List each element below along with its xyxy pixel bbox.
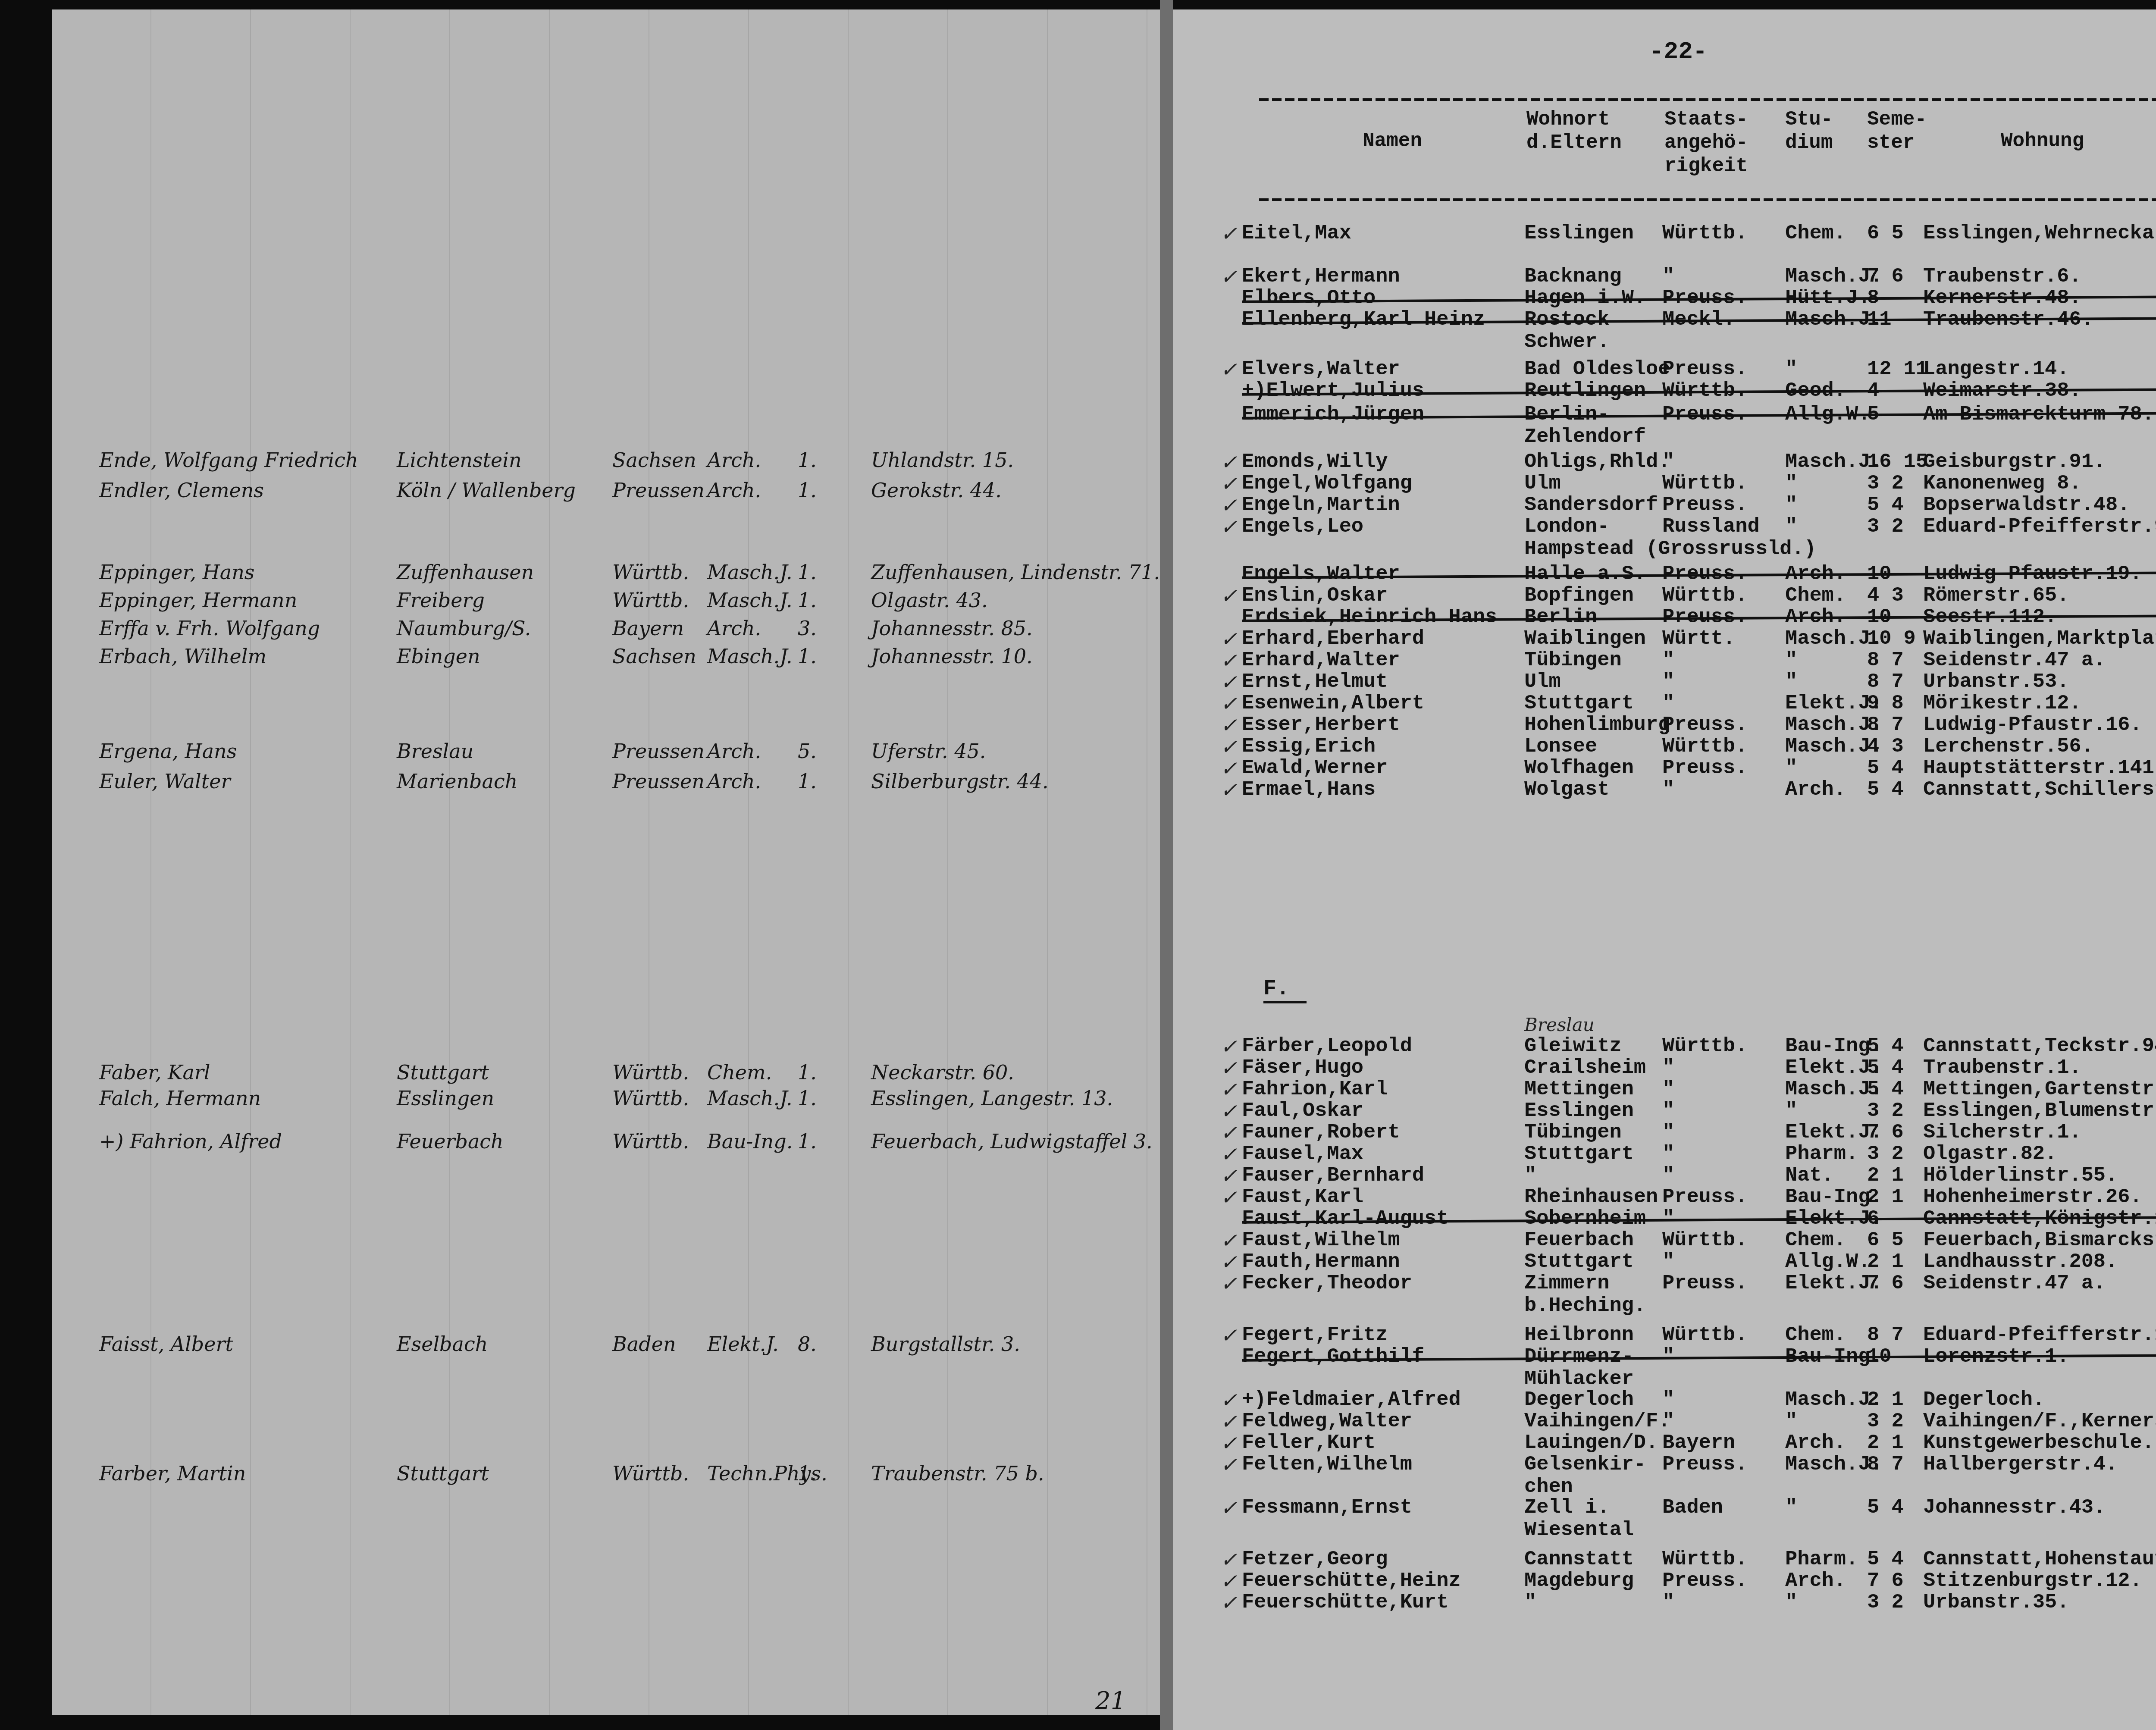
register-row: +)Elwert,JuliusReutlingenWürttb.Geod.4We… [0,379,2156,402]
check-mark-icon: ✓ [1220,1591,1237,1615]
cell-state: " [1662,451,1674,473]
cell-semester: 7 6 [1867,1121,1904,1144]
register-row: ✓Faust,WilhelmFeuerbachWürttb.Chem.6 5Fe… [0,1229,2156,1251]
cell-state: " [1662,265,1674,288]
cell-semester: 3 2 [1867,1143,1904,1166]
cell-semester: 5 4 [1867,1035,1904,1058]
cell-semester: 5 4 [1867,778,1904,801]
cell-home: Esslingen [1524,222,1634,245]
register-row: ✓Emonds,WillyOhligs,Rhld."Masch.J.16 15G… [0,451,2156,473]
cell-name: Elbers,Otto [1242,287,1376,310]
check-mark-icon: ✓ [1220,1186,1237,1210]
cell-state: " [1662,1164,1674,1187]
cell-address: Eduard-Pfeifferstr.91. [1923,515,2156,538]
cell-home: Cannstatt [1524,1548,1634,1571]
check-mark-icon: ✓ [1220,1164,1237,1188]
cell-address: Urbanstr.53. [1923,671,2069,693]
cell-home: Zimmern [1524,1272,1609,1295]
cell-study: Geod. [1785,379,1846,402]
right-page-number: -22- [1649,38,1707,66]
register-row: Faust,Karl-AugustSobernheim"Elekt.J.6Can… [0,1207,2156,1230]
cell-state: Preuss. [1662,563,1747,586]
check-mark-icon: ✓ [1220,1143,1237,1166]
cell-name: Elvers,Walter [1242,358,1400,381]
cell-semester: 5 4 [1867,494,1904,517]
cell-name: Fahrion,Karl [1242,1078,1388,1101]
cell-home: Stuttgart [1524,692,1634,715]
cell-study: " [1785,1410,1797,1433]
cell-home-continued: b.Heching. [1524,1294,1646,1317]
cell-name: Engels,Walter [1242,563,1400,586]
cell-name: Fessmann,Ernst [1242,1496,1412,1519]
register-row: ✓Elvers,WalterBad OldesloePreuss."12 11L… [0,358,2156,380]
cell-address: Cannstatt,Königstr.11. [1923,1207,2156,1230]
cell-address: Johannesstr.43. [1923,1496,2106,1519]
cell-semester: 4 3 [1867,735,1904,758]
check-mark-icon: ✓ [1220,494,1237,517]
cell-address: Hölderlinstr.55. [1923,1164,2118,1187]
check-mark-icon: ✓ [1220,714,1237,737]
cell-home: Bopfingen [1524,584,1634,607]
cell-home: Vaihingen/F. [1524,1410,1670,1433]
register-row: ✓Fahrion,KarlMettingen"Masch.J.5 4Mettin… [0,1078,2156,1100]
cell-semester: 5 4 [1867,1548,1904,1571]
cell-study: Allg.W. [1785,1250,1870,1273]
cell-state: Preuss. [1662,1453,1747,1476]
header-rule-top [1259,98,2156,101]
register-row: ✓Fetzer,GeorgCannstattWürttb.Pharm.5 4Ca… [0,1548,2156,1570]
cell-semester: 2 1 [1867,1164,1904,1187]
register-row: ✓Fessmann,ErnstZell i.Baden"5 4Johanness… [0,1496,2156,1519]
register-row: ✓Ermael,HansWolgast"Arch.5 4Cannstatt,Sc… [0,778,2156,801]
cell-home: Wolfhagen [1524,757,1634,780]
cell-home: Bad Oldesloe [1524,358,1670,381]
cell-home: Berlin- [1524,403,1609,426]
cell-study: " [1785,1100,1797,1122]
register-row: ✓+)Feldmaier,AlfredDegerloch"Masch.J.2 1… [0,1388,2156,1411]
cell-home: Stuttgart [1524,1143,1634,1166]
register-row: ✓Enslin,OskarBopfingenWürttb.Chem.4 3Röm… [0,584,2156,607]
cell-name: Ekert,Hermann [1242,265,1400,288]
cell-state: Württb. [1662,584,1747,607]
register-row: ✓Fecker,TheodorZimmernPreuss.Elekt.J.7 6… [0,1272,2156,1294]
cell-state: " [1662,1207,1674,1230]
cell-name: Fegert,Gotthilf [1242,1345,1424,1368]
register-row: ✓Felten,WilhelmGelsenkir-Preuss.Masch.J.… [0,1453,2156,1476]
cell-home: Rheinhausen [1524,1186,1658,1209]
cell-semester: 11 [1867,308,1891,331]
cell-name: Esenwein,Albert [1242,692,1424,715]
cell-state: Preuss. [1662,1570,1747,1592]
check-mark-icon: ✓ [1220,1250,1237,1274]
cell-name: Feuerschütte,Heinz [1242,1570,1461,1592]
col-header-address: Wohnung [2001,129,2084,153]
cell-state: Württb. [1662,379,1747,402]
cell-address: Kanonenweg 8. [1923,472,2081,495]
register-row: ✓Essig,ErichLonseeWürttb.Masch.J.4 3Lerc… [0,735,2156,758]
cell-home: Heilbronn [1524,1324,1634,1347]
cell-study: Arch. [1785,606,1846,629]
cell-address: Seidenstr.47 a. [1923,649,2106,672]
cell-home: Gelsenkir- [1524,1453,1646,1476]
cell-address: Ludwig-Pfaustr.16. [1923,714,2142,737]
check-mark-icon: ✓ [1220,778,1237,802]
cell-semester: 3 2 [1867,472,1904,495]
cell-semester: 5 4 [1867,1056,1904,1079]
cell-study: " [1785,494,1797,517]
cell-name: Faul,Oskar [1242,1100,1363,1122]
check-mark-icon: ✓ [1220,515,1237,539]
cell-semester: 8 7 [1867,671,1904,693]
cell-study: " [1785,515,1797,538]
cell-home: Dürrmenz- [1524,1345,1634,1368]
cell-home: Tübingen [1524,1121,1622,1144]
cell-state: Württb. [1662,1548,1747,1571]
check-mark-icon: ✓ [1220,1432,1237,1455]
cell-home: Tübingen [1524,649,1622,672]
cell-address: Traubenstr.1. [1923,1056,2081,1079]
cell-state: " [1662,1345,1674,1368]
cell-semester: 10 [1867,606,1891,629]
cell-home: Stuttgart [1524,1250,1634,1273]
cell-study: Chem. [1785,1229,1846,1252]
cell-state: " [1662,1591,1674,1614]
cell-name: Fäser,Hugo [1242,1056,1363,1079]
cell-address: Urbanstr.35. [1923,1591,2069,1614]
cell-home: " [1524,1591,1536,1614]
register-row: Emmerich,JürgenBerlin-Preuss.Allg.W.5Am … [0,403,2156,426]
cell-name: Engeln,Martin [1242,494,1400,517]
cell-home: Reutlingen [1524,379,1646,402]
cell-study: " [1785,757,1797,780]
cell-name: Färber,Leopold [1242,1035,1412,1058]
check-mark-icon: ✓ [1220,265,1237,289]
cell-name: Faust,Karl-August [1242,1207,1448,1230]
check-mark-icon: ✓ [1220,1324,1237,1348]
cell-address: Langestr.14. [1923,358,2069,381]
check-mark-icon: ✓ [1220,627,1237,651]
check-mark-icon: ✓ [1220,472,1237,496]
cell-home: Zell i. [1524,1496,1609,1519]
cell-semester: 2 1 [1867,1186,1904,1209]
check-mark-icon: ✓ [1220,1496,1237,1520]
cell-address: Am Bismarckturm 78. [1923,403,2154,426]
cell-state: Preuss. [1662,287,1747,310]
cell-name: +)Elwert,Julius [1242,379,1424,402]
cell-home: " [1524,1164,1536,1187]
register-row: ✓Esser,HerbertHohenlimburgPreuss.Masch.J… [0,714,2156,736]
cell-address: Esslingen,Wehrneckarstr. [1923,222,2156,245]
cell-name: Engel,Wolfgang [1242,472,1412,495]
cell-state: Württb. [1662,222,1747,245]
cell-state: Bayern [1662,1432,1735,1454]
col-header-name: Namen [1363,129,1422,153]
register-row: ✓Feldweg,WalterVaihingen/F.""3 2Vaihinge… [0,1410,2156,1432]
cell-study: Arch. [1785,1570,1846,1592]
cell-address: Hauptstätterstr.141. [1923,757,2156,780]
cell-study: Chem. [1785,1324,1846,1347]
cell-home-continued: Schwer. [1524,331,1609,354]
cell-name: Ellenberg,Karl Heinz [1242,308,1485,331]
cell-address: Cannstatt,Schillerstr.8. [1923,778,2156,801]
register-row: ✓Fauth,HermannStuttgart"Allg.W.2 1Landha… [0,1250,2156,1273]
cell-state: Preuss. [1662,358,1747,381]
register-row: Erdsiek,Heinrich HansBerlinPreuss.Arch.1… [0,606,2156,628]
cell-study: Chem. [1785,584,1846,607]
cell-state: " [1662,1100,1674,1122]
cell-home: Feuerbach [1524,1229,1634,1252]
cell-address: Traubenstr.6. [1923,265,2081,288]
cell-home: Degerloch [1524,1388,1634,1411]
check-mark-icon: ✓ [1220,1229,1237,1253]
section-f-heading: F. [1263,977,1307,1003]
cell-semester: 5 [1867,403,1879,426]
cell-home: Sobernheim [1524,1207,1646,1230]
cell-name: Feller,Kurt [1242,1432,1376,1454]
check-mark-icon: ✓ [1220,1570,1237,1593]
cell-semester: 8 7 [1867,1453,1904,1476]
cell-home: Berlin [1524,606,1597,629]
cell-semester: 10 9 [1867,627,1916,650]
cell-home: Waiblingen [1524,627,1646,650]
cell-semester: 5 4 [1867,1496,1904,1519]
header-rule-bottom [1259,198,2156,201]
cell-state: " [1662,1121,1674,1144]
register-row: ✓Fauser,Bernhard""Nat.2 1Hölderlinstr.55… [0,1164,2156,1187]
check-mark-icon: ✓ [1220,1056,1237,1080]
cell-address: Geisburgstr.91. [1923,451,2106,473]
cell-name: Erdsiek,Heinrich Hans [1242,606,1497,629]
register-row: ✓Färber,LeopoldGleiwitzWürttb.Bau-Ing.5 … [0,1035,2156,1057]
check-mark-icon: ✓ [1220,1548,1237,1572]
cell-name: Erhard,Walter [1242,649,1400,672]
cell-state: Preuss. [1662,757,1747,780]
cell-address: Seidenstr.47 a. [1923,1272,2106,1295]
cell-state: " [1662,1388,1674,1411]
cell-study: Arch. [1785,1432,1846,1454]
cell-semester: 2 1 [1867,1250,1904,1273]
cell-home: Backnang [1524,265,1622,288]
cell-semester: 7 6 [1867,1570,1904,1592]
cell-state: " [1662,649,1674,672]
register-row: ✓Esenwein,AlbertStuttgart"Elekt.J.9 8Mör… [0,692,2156,715]
cell-semester: 8 7 [1867,649,1904,672]
cell-semester: 7 6 [1867,265,1904,288]
cell-study: Pharm. [1785,1143,1858,1166]
cell-address: Eduard-Pfeifferstr.180. [1923,1324,2156,1347]
cell-semester: 4 [1867,379,1879,402]
cell-name: Erhard,Eberhard [1242,627,1424,650]
handwritten-home-note: Breslau [1524,1014,1595,1035]
check-mark-icon: ✓ [1220,1078,1237,1102]
cell-state: Baden [1662,1496,1723,1519]
cell-address: Weimarstr.38. [1923,379,2081,402]
cell-home: Esslingen [1524,1100,1634,1122]
cell-state: Württb. [1662,472,1747,495]
cell-name: Feuerschütte,Kurt [1242,1591,1448,1614]
cell-name: Eitel,Max [1242,222,1351,245]
cell-home: Lauingen/D. [1524,1432,1658,1454]
cell-semester: 6 [1867,1207,1879,1230]
cell-state: Preuss. [1662,1272,1747,1295]
cell-home: Halle a.S. [1524,563,1646,586]
cell-home-continued: Zehlendorf [1524,426,1646,448]
cell-semester: 6 5 [1867,222,1904,245]
cell-address: Lorenzstr.1. [1923,1345,2069,1368]
check-mark-icon: ✓ [1220,692,1237,716]
cell-state: Württb. [1662,1035,1747,1058]
cell-home: Sandersdorf [1524,494,1658,517]
register-row: ✓Faust,KarlRheinhausenPreuss.Bau-Ing.2 1… [0,1186,2156,1208]
cell-address: Ludwig-Pfaustr.19. [1923,563,2142,586]
cell-state: " [1662,1410,1674,1433]
cell-study: Chem. [1785,222,1846,245]
cell-state: Preuss. [1662,714,1747,737]
cell-home: Mettingen [1524,1078,1634,1101]
cell-home: Wolgast [1524,778,1609,801]
check-mark-icon: ✓ [1220,757,1237,780]
cell-address: Landhausstr.208. [1923,1250,2118,1273]
cell-address: Feuerbach,Bismarckstr.117. [1923,1229,2156,1252]
cell-name: Fauser,Bernhard [1242,1164,1424,1187]
cell-address: Cannstatt,Hohenstaufenstr.32 [1923,1548,2156,1571]
cell-study: Pharm. [1785,1548,1858,1571]
cell-name: Fausel,Max [1242,1143,1363,1166]
register-row: ✓Engel,WolfgangUlmWürttb."3 2Kanonenweg … [0,472,2156,495]
cell-address: Cannstatt,Teckstr.94. [1923,1035,2156,1058]
cell-state: " [1662,671,1674,693]
col-header-state: Staats- angehö- rigkeit [1664,108,1748,178]
left-page-number: 21 [1095,1687,1126,1715]
cell-study: " [1785,649,1797,672]
register-row: ✓Feuerschütte,HeinzMagdeburgPreuss.Arch.… [0,1570,2156,1592]
cell-semester: 8 7 [1867,1324,1904,1347]
cell-address: Vaihingen/F.,Kernerstr.4. [1923,1410,2156,1433]
check-mark-icon: ✓ [1220,649,1237,673]
cell-address: Waiblingen,Marktplatz 2. [1923,627,2156,650]
check-mark-icon: ✓ [1220,671,1237,694]
cell-semester: 9 8 [1867,692,1904,715]
cell-study: " [1785,358,1797,381]
cell-state: " [1662,692,1674,715]
check-mark-icon: ✓ [1220,358,1237,382]
cell-name: Faust,Wilhelm [1242,1229,1400,1252]
cell-home: Hohenlimburg [1524,714,1670,737]
cell-address: Olgastr.82. [1923,1143,2057,1166]
check-mark-icon: ✓ [1220,584,1237,608]
register-row: ✓Ekert,HermannBacknang"Masch.J.7 6Traube… [0,265,2156,288]
cell-state: " [1662,1250,1674,1273]
cell-name: Ermael,Hans [1242,778,1376,801]
register-row: ✓Fegert,FritzHeilbronnWürttb.Chem.8 7Edu… [0,1324,2156,1346]
cell-home: London- [1524,515,1609,538]
register-row: Engels,WalterHalle a.S.Preuss.Arch.10Lud… [0,563,2156,585]
cell-semester: 6 5 [1867,1229,1904,1252]
cell-semester: 4 3 [1867,584,1904,607]
register-row: ✓Erhard,WalterTübingen""8 7Seidenstr.47 … [0,649,2156,671]
cell-home-continued: Hampstead (Grossrussld.) [1524,538,1816,561]
cell-semester: 7 6 [1867,1272,1904,1295]
cell-address: Mörikestr.12. [1923,692,2081,715]
cell-state: " [1662,778,1674,801]
cell-name: Enslin,Oskar [1242,584,1388,607]
cell-address: Degerloch. [1923,1388,2045,1411]
col-header-semester: Seme- ster [1867,108,1927,154]
cell-address: Kernerstr.48. [1923,287,2081,310]
cell-home: Rostock [1524,308,1609,331]
cell-state: Preuss. [1662,494,1747,517]
cell-semester: 5 4 [1867,757,1904,780]
cell-home-continued: Wiesental [1524,1519,1634,1542]
cell-state: Preuss. [1662,1186,1747,1209]
cell-semester: 12 11 [1867,358,1928,381]
register-row: ✓Feuerschütte,Kurt"""3 2Urbanstr.35. [0,1591,2156,1614]
cell-address: Römerstr.65. [1923,584,2069,607]
check-mark-icon: ✓ [1220,451,1237,474]
check-mark-icon: ✓ [1220,1272,1237,1296]
cell-home: Ohligs,Rhld. [1524,451,1670,473]
cell-study: Hütt.J. [1785,287,1870,310]
cell-state: Preuss. [1662,403,1747,426]
cell-semester: 10 [1867,563,1891,586]
register-row: ✓Ewald,WernerWolfhagenPreuss."5 4Hauptst… [0,757,2156,779]
cell-home: Lonsee [1524,735,1597,758]
check-mark-icon: ✓ [1220,1388,1237,1412]
register-row: ✓Fausel,MaxStuttgart"Pharm.3 2Olgastr.82… [0,1143,2156,1165]
cell-address: Esslingen,Blumenstr.24. [1923,1100,2156,1122]
cell-home-continued: chen [1524,1476,1573,1498]
cell-name: Feldweg,Walter [1242,1410,1412,1433]
cell-name: +)Feldmaier,Alfred [1242,1388,1461,1411]
cell-address: Hallbergerstr.4. [1923,1453,2118,1476]
cell-name: Fauth,Hermann [1242,1250,1400,1273]
register-row: ✓Fauner,RobertTübingen"Elekt.J.7 6Silche… [0,1121,2156,1144]
cell-address: Mettingen,Gartenstr.5. [1923,1078,2156,1101]
cell-address: Seestr.112. [1923,606,2057,629]
cell-address: Stitzenburgstr.12. [1923,1570,2142,1592]
cell-name: Ernst,Helmut [1242,671,1388,693]
cell-home: Magdeburg [1524,1570,1634,1592]
cell-home: Crailsheim [1524,1056,1646,1079]
register-row: ✓Engels,LeoLondon-Russland"3 2Eduard-Pfe… [0,515,2156,538]
cell-state: " [1662,1078,1674,1101]
cell-state: Württb. [1662,1324,1747,1347]
cell-home: Gleiwitz [1524,1035,1622,1058]
cell-state: Württb. [1662,1229,1747,1252]
cell-address: Silcherstr.1. [1923,1121,2081,1144]
cell-name: Engels,Leo [1242,515,1363,538]
cell-name: Essig,Erich [1242,735,1376,758]
cell-home-continued: Mühlacker [1524,1368,1634,1391]
cell-address: Kunstgewerbeschule. [1923,1432,2154,1454]
cell-address: Traubenstr.46. [1923,308,2093,331]
register-row: ✓Feller,KurtLauingen/D.BayernArch.2 1Kun… [0,1432,2156,1454]
cell-address: Hohenheimerstr.26. [1923,1186,2142,1209]
register-row: ✓Fäser,HugoCrailsheim"Elekt.J.5 4Trauben… [0,1056,2156,1079]
check-mark-icon: ✓ [1220,735,1237,759]
cell-semester: 10 [1867,1345,1891,1368]
register-row: Fegert,GotthilfDürrmenz-"Bau-Ing.10Loren… [0,1345,2156,1368]
cell-name: Fecker,Theodor [1242,1272,1412,1295]
check-mark-icon: ✓ [1220,1121,1237,1145]
register-row: Ellenberg,Karl HeinzRostockMeckl.Masch.J… [0,308,2156,331]
cell-study: " [1785,1496,1797,1519]
register-row: ✓Ernst,HelmutUlm""8 7Urbanstr.53.Lenzstr… [0,671,2156,693]
cell-home: Ulm [1524,472,1561,495]
cell-name: Faust,Karl [1242,1186,1363,1209]
cell-name: Esser,Herbert [1242,714,1400,737]
check-mark-icon: ✓ [1220,1100,1237,1123]
